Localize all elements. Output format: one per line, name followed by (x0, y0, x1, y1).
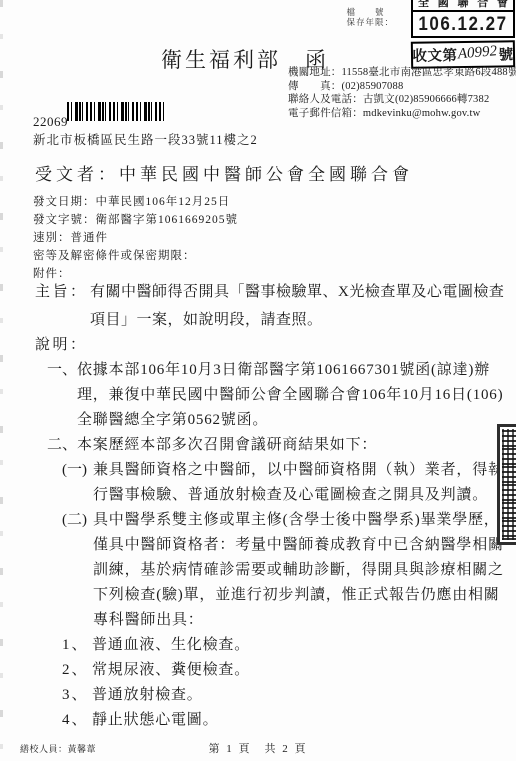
explanation-items: 一、依據本部106年10月3日衛部醫字第1061667301號函(諒達)辦理，兼… (33, 358, 509, 733)
side-stamp-glyphs (502, 429, 516, 540)
explanation-item: (二)具中醫學系雙主修或單主修(含學士後中醫學系)畢業學歷，僅具中醫師資格者：考… (62, 508, 509, 633)
explanation-item: 1、普通血液、生化檢查。 (62, 633, 509, 658)
explanation-item: 一、依據本部106年10月3日衛部醫字第1061667301號函(諒達)辦理，兼… (47, 358, 509, 433)
explanation-item: 二、本案歷經本部多次召開會議研商結果如下： (47, 433, 509, 458)
received-stamp-upper-box: 全國聯合會 106.12.27 (411, 0, 515, 38)
receipt-suffix: 號 (498, 43, 513, 64)
explanation-item: 4、靜止狀態心電圖。 (62, 708, 509, 733)
item-text: 普通血液、生化檢查。 (92, 637, 250, 653)
item-number: 2、 (62, 658, 92, 683)
corner-labels: 檔 號 保存年限： (346, 7, 394, 27)
metadata-line: 發文字號：衛部醫字第1061669205號 (33, 211, 238, 229)
received-stamp-date: 106.12.27 (413, 10, 513, 36)
explanation-item: 2、常規尿液、糞便檢查。 (62, 658, 509, 683)
item-text: 靜止狀態心電圖。 (92, 712, 218, 728)
official-letter-page: 檔 號 保存年限： 全國聯合會 106.12.27 收文第 A0992 號 衛生… (0, 0, 516, 761)
recipient-address: 新北市板橋區民生路一段33號11樓之2 (33, 130, 258, 148)
received-stamp-org-name: 全國聯合會 (413, 0, 513, 10)
subject-paragraph: 主旨：有關中醫師得否開具「醫事檢驗單、X光檢查單及心電圖檢查項目」一案，如說明段… (35, 278, 508, 334)
item-text: 依據本部106年10月3日衛部醫字第1061667301號函(諒達)辦理，兼復中… (77, 362, 503, 428)
item-number: 1、 (62, 633, 92, 658)
metadata-line: 發文日期：中華民國106年12月25日 (33, 193, 238, 211)
item-text: 兼具醫師資格之中醫師，以中醫師資格開（執）業者，得執行醫事檢驗、普通放射檢查及心… (93, 462, 504, 503)
recipient-line: 受文者：中華民國中醫師公會全國聯合會 (35, 160, 413, 185)
item-text: 具中醫學系雙主修或單主修(含學士後中醫學系)畢業學歷，僅具中醫師資格者：考量中醫… (93, 512, 504, 628)
explanation-label: 說明： (35, 333, 88, 354)
subject-label: 主旨： (35, 278, 90, 306)
postal-code: 22069 (33, 114, 68, 130)
item-number: 3、 (62, 683, 92, 708)
item-text: 常規尿液、糞便檢查。 (92, 662, 250, 678)
explanation-item: (一)兼具醫師資格之中醫師，以中醫師資格開（執）業者，得執行醫事檢驗、普通放射檢… (62, 458, 509, 508)
agency-info-line: 傳 真：(02)85907088 (288, 80, 516, 94)
side-vertical-stamp (497, 424, 516, 545)
item-text: 普通放射檢查。 (92, 687, 203, 703)
file-number-label: 檔 號 (346, 7, 394, 17)
page-number: 第 1 頁 共 2 頁 (0, 740, 516, 756)
item-number: 二、 (47, 433, 77, 458)
item-number: (一) (62, 458, 93, 483)
mailing-barcode (67, 102, 167, 121)
item-text: 本案歷經本部多次召開會議研商結果如下： (77, 437, 377, 453)
letter-metadata: 發文日期：中華民國106年12月25日發文字號：衛部醫字第1061669205號… (33, 193, 238, 283)
metadata-line: 密等及解密條件或保密期限： (33, 247, 238, 265)
agency-contact-info: 機關地址：11558臺北市南港區忠孝東路6段488號傳 真：(02)859070… (288, 66, 516, 120)
agency-info-line: 電子郵件信箱：mdkevinku@mohw.gov.tw (288, 107, 516, 121)
item-number: 4、 (62, 708, 92, 733)
item-number: 一、 (47, 358, 77, 383)
subject-text: 有關中醫師得否開具「醫事檢驗單、X光檢查單及心電圖檢查項目」一案，如說明段，請查… (90, 284, 504, 328)
retention-period-label: 保存年限： (346, 17, 394, 27)
explanation-item: 3、普通放射檢查。 (62, 683, 509, 708)
item-number: (二) (62, 508, 93, 533)
agency-info-line: 聯絡人及電話：古凱文(02)85906666轉7382 (288, 93, 516, 107)
agency-info-line: 機關地址：11558臺北市南港區忠孝東路6段488號 (288, 66, 516, 80)
metadata-line: 速別：普通件 (33, 229, 238, 247)
